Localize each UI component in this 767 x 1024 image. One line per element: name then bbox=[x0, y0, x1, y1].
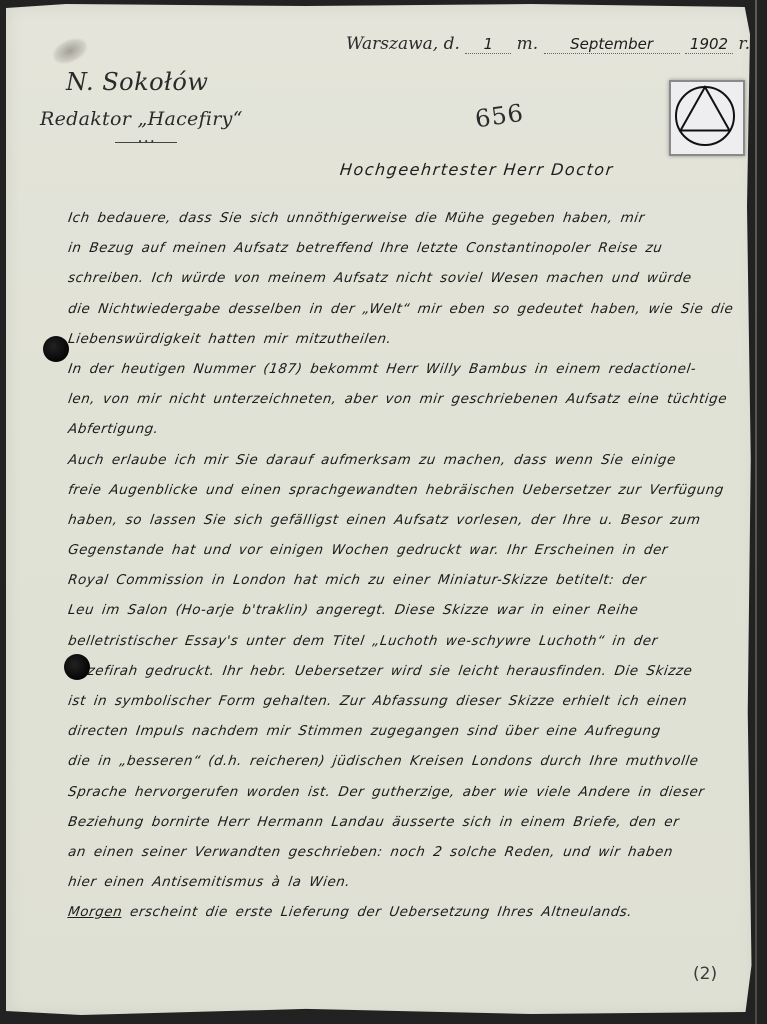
body-line: die Nichtwiedergabe desselben in der „We… bbox=[66, 295, 750, 325]
body-line: Liebenswürdigkeit hatten mir mitzutheile… bbox=[66, 325, 750, 355]
body-line: hier einen Antisemitismus à la Wien. bbox=[66, 868, 750, 898]
underlined-word: Morgen bbox=[67, 905, 123, 920]
circle-triangle-icon bbox=[673, 84, 737, 148]
body-line: belletristischer Essay's unter dem Titel… bbox=[66, 627, 750, 657]
letterhead-title: Redaktor „Hacefiry“ bbox=[40, 108, 243, 130]
body-line: haben, so lassen Sie sich gefälligst ein… bbox=[66, 506, 750, 536]
letterhead-divider-ornament: ••• bbox=[138, 139, 156, 146]
body-line: Beziehung bornirte Herr Hermann Landau ä… bbox=[66, 808, 750, 838]
body-line-final-rest: erscheint die erste Lieferung der Uebers… bbox=[121, 905, 633, 920]
letter-body: Ich bedauere, dass Sie sich unnöthigerwe… bbox=[68, 204, 748, 929]
body-line: len, von mir nicht unterzeichneten, aber… bbox=[66, 385, 750, 415]
body-line-final: Morgen erscheint die erste Lieferung der… bbox=[66, 898, 750, 928]
body-line: Leu im Salon (Ho-arje b'traklin) angereg… bbox=[66, 596, 750, 626]
dateline-month: September bbox=[544, 35, 680, 54]
dateline-year: 1902 bbox=[685, 35, 733, 54]
body-line: Gegenstande hat und vor einigen Wochen g… bbox=[66, 536, 750, 566]
dateline-suffix: r. bbox=[738, 34, 750, 54]
body-line: directen Impuls nachdem mir Stimmen zuge… bbox=[66, 717, 750, 747]
body-line: schreiben. Ich würde von meinem Aufsatz … bbox=[66, 264, 750, 294]
dateline-day: 1 bbox=[465, 35, 511, 54]
body-line: Abfertigung. bbox=[66, 415, 750, 445]
page-edge-shadow bbox=[755, 0, 757, 1024]
page-number-marker: (2) bbox=[693, 964, 717, 984]
dateline-month-prefix: m. bbox=[517, 34, 539, 54]
body-line: die in „besseren“ (d.h. reicheren) jüdis… bbox=[66, 747, 750, 777]
body-line: an einen seiner Verwandten geschrieben: … bbox=[66, 838, 750, 868]
punch-hole bbox=[43, 336, 69, 362]
body-line: Ich bedauere, dass Sie sich unnöthigerwe… bbox=[66, 204, 750, 234]
letterhead-name: N. Sokołów bbox=[66, 68, 208, 96]
punch-hole bbox=[64, 654, 90, 680]
body-line: in Bezug auf meinen Aufsatz betreffend I… bbox=[66, 234, 750, 264]
body-line: Royal Commission in London hat mich zu e… bbox=[66, 566, 750, 596]
body-line: freie Augenblicke und einen sprachgewand… bbox=[66, 476, 750, 506]
body-line: Sprache hervorgerufen worden ist. Der gu… bbox=[66, 778, 750, 808]
body-line: ist in symbolischer Form gehalten. Zur A… bbox=[66, 687, 750, 717]
salutation: Hochgeehrtester Herr Doctor bbox=[339, 160, 615, 179]
dateline: Warszawa, d. 1 m. September 1902 r. bbox=[346, 34, 750, 54]
body-line: Auch erlaube ich mir Sie darauf aufmerks… bbox=[66, 446, 750, 476]
body-line: Hazefirah gedruckt. Ihr hebr. Uebersetze… bbox=[66, 657, 750, 687]
dateline-place: Warszawa, d. bbox=[346, 34, 460, 54]
body-line: In der heutigen Nummer (187) bekommt Her… bbox=[66, 355, 750, 385]
archive-label bbox=[669, 80, 745, 156]
